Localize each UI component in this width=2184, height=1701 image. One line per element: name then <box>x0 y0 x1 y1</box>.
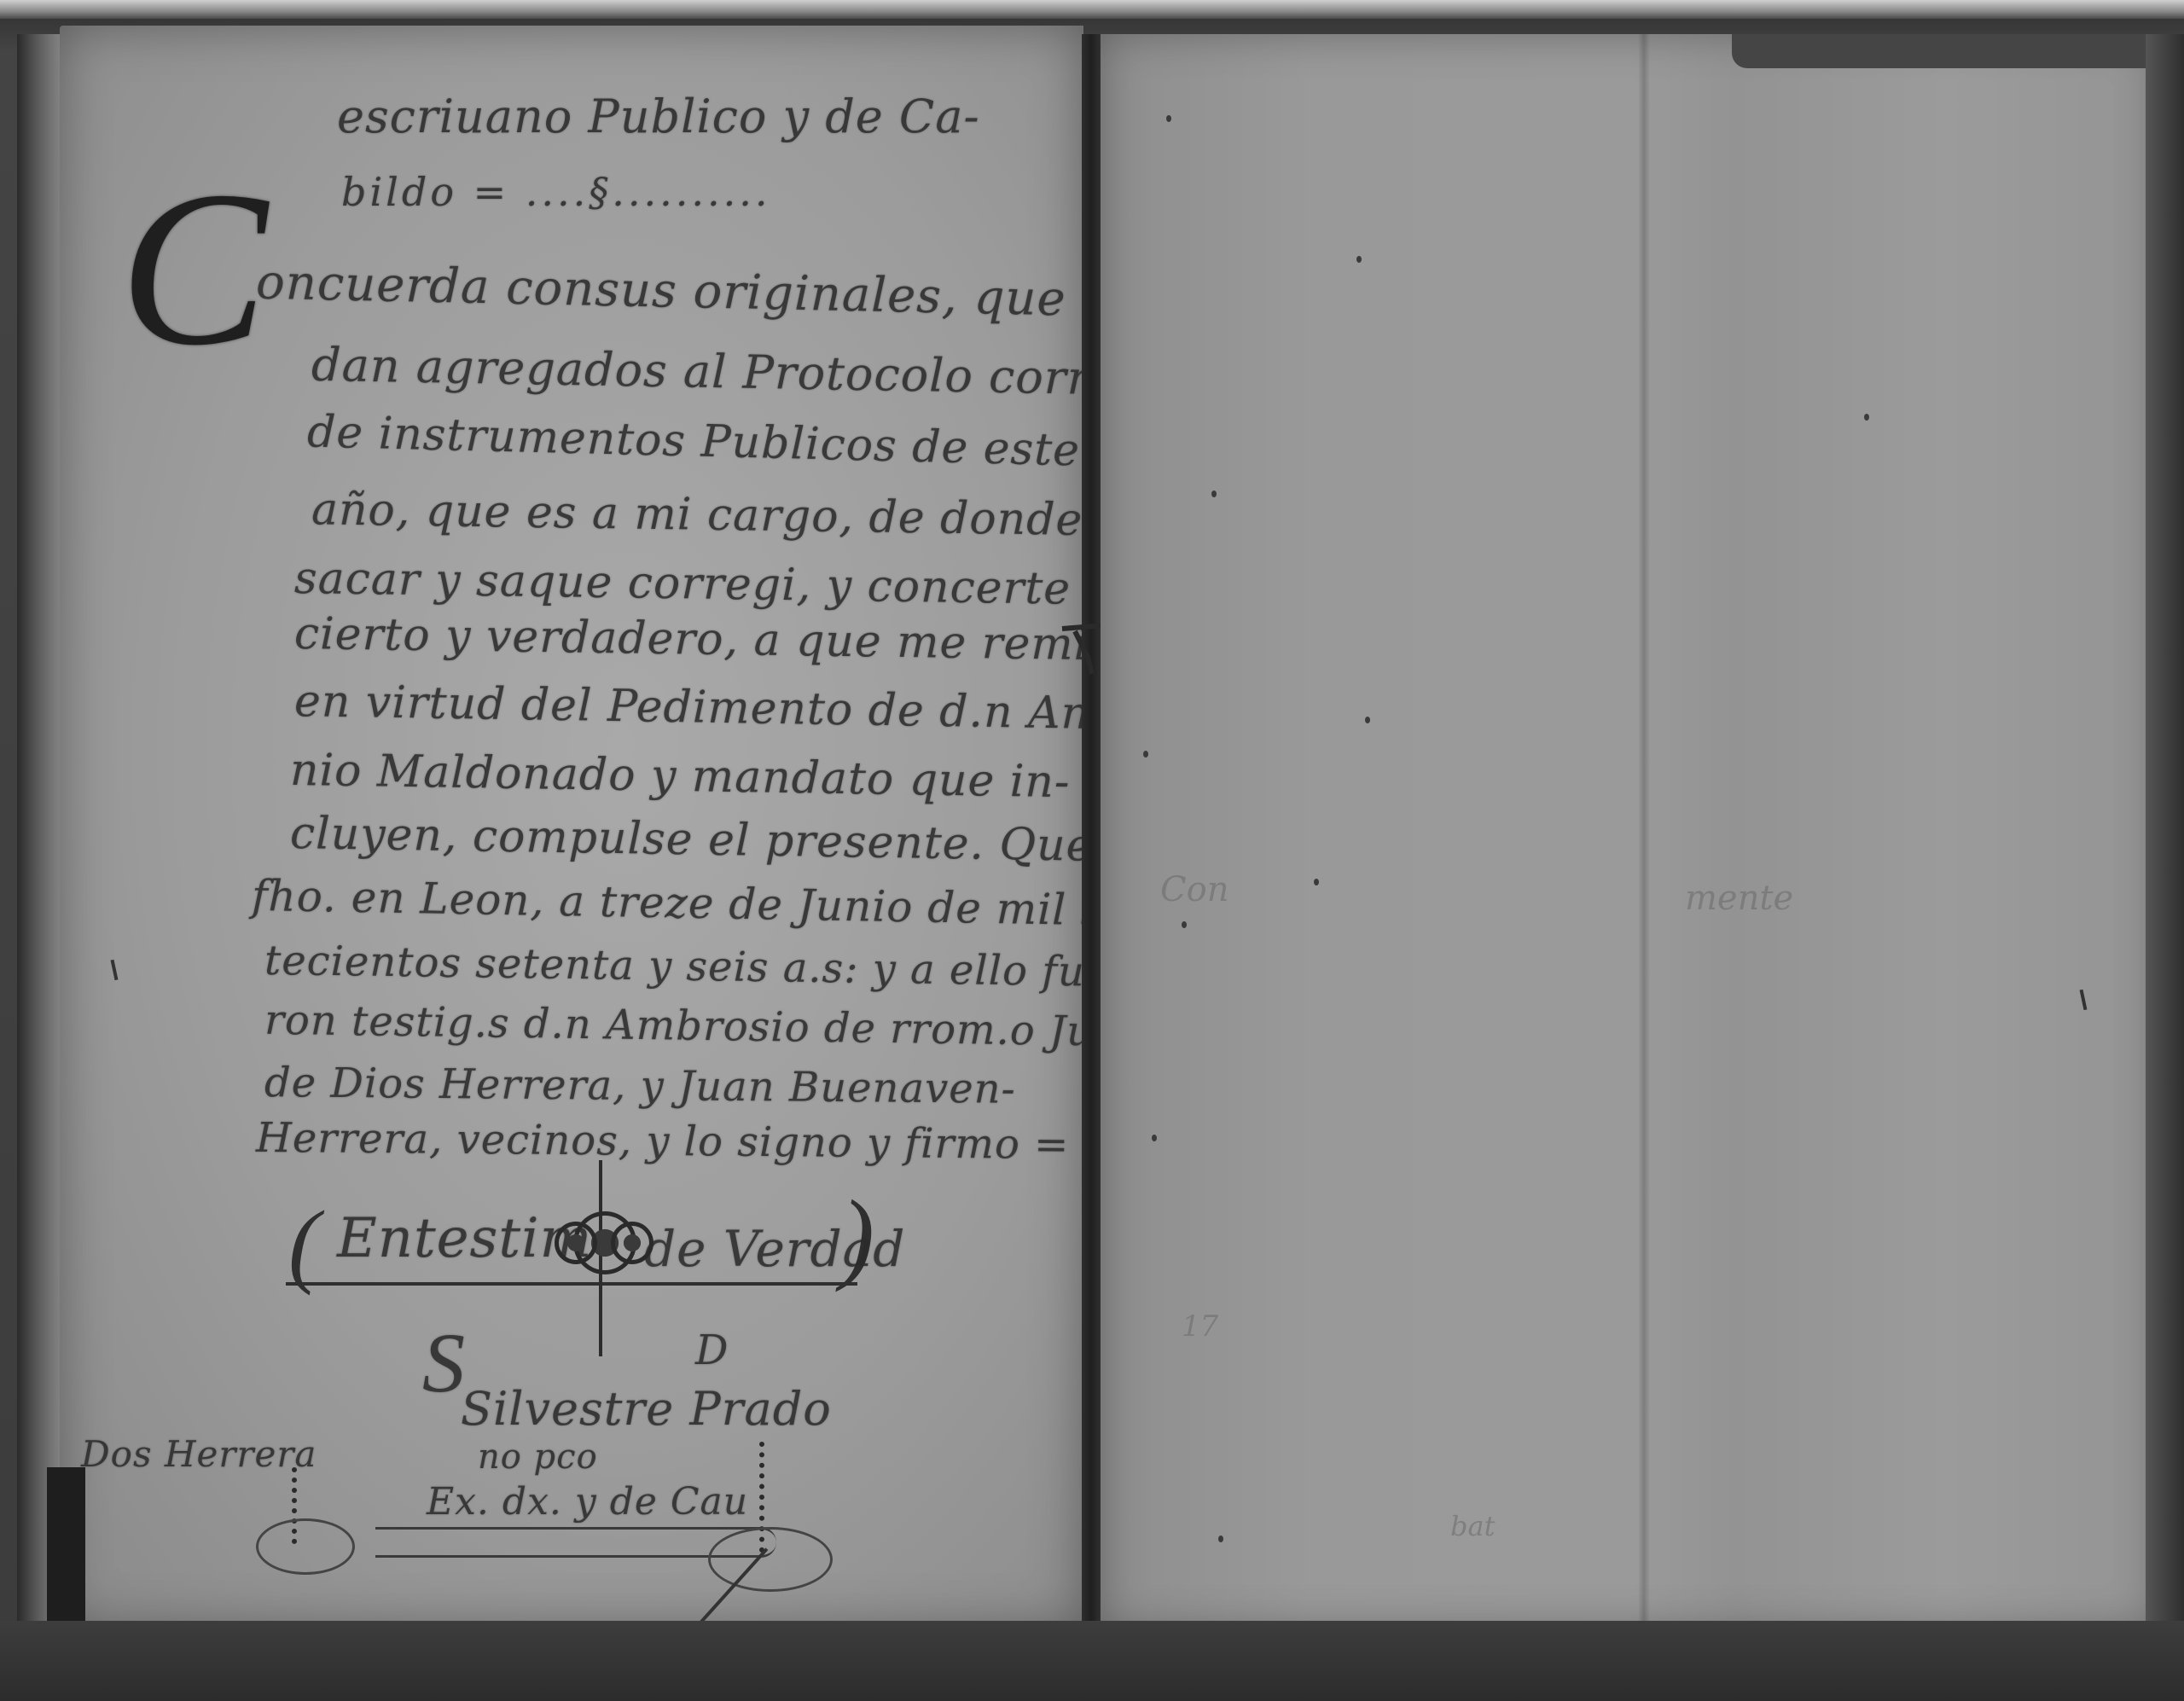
ink-spot <box>1182 921 1187 928</box>
text-line-1: escriuano Publico y de Ca- <box>337 90 980 143</box>
text-line-15: de Dios Herrera, y Juan Buenaven- <box>264 1059 1016 1113</box>
right-page-fold <box>1638 34 1650 1629</box>
bleed-through-fragment-4: bat <box>1450 1510 1495 1542</box>
notary-title-line: no pco <box>478 1437 598 1477</box>
drop-cap-letter: C <box>119 158 267 380</box>
ink-spot <box>1166 115 1171 122</box>
flourish-oval-left <box>256 1518 355 1575</box>
notary-signature-initial: S <box>422 1314 466 1412</box>
bleed-through-fragment-2: mente <box>1685 879 1793 918</box>
right-page <box>1101 34 2158 1629</box>
notary-signature: Silvestre Prado <box>461 1382 832 1436</box>
ink-spot <box>1864 414 1869 421</box>
scanner-top-edge <box>0 0 2184 19</box>
ink-spot <box>1143 751 1148 758</box>
text-line-2: bildo = ....§.......... <box>341 169 771 215</box>
signet-bracket-left: ( <box>288 1190 320 1298</box>
ink-spot <box>1211 491 1217 497</box>
ink-spot <box>1365 717 1370 723</box>
notary-office-line: Ex. dx. y de Cau <box>427 1480 748 1524</box>
book-cover-right-edge <box>2146 34 2184 1629</box>
notary-superscript: D <box>695 1327 729 1374</box>
ink-spot <box>1152 1135 1157 1141</box>
witness-signature: Dos Herrera <box>81 1433 317 1475</box>
right-page-top-shadow <box>1732 34 2158 68</box>
ink-spot <box>1356 256 1362 263</box>
signet-text-right: de Verdad <box>644 1220 905 1278</box>
text-line-16: Herrera, vecinos, y lo signo y firmo = <box>256 1114 1070 1169</box>
signet-knot-loop-right-icon <box>611 1222 653 1264</box>
signet-knot-loop-left-icon <box>555 1222 597 1264</box>
flourish-oval-right <box>708 1527 833 1592</box>
bleed-through-fragment-1: Con <box>1160 870 1228 909</box>
ink-spot <box>1314 879 1319 885</box>
bleed-through-fragment-3: 17 <box>1182 1309 1218 1344</box>
ink-spot <box>1218 1536 1223 1542</box>
book-spine-gutter <box>1082 34 1101 1638</box>
scan-bottom-edge <box>0 1621 2184 1701</box>
